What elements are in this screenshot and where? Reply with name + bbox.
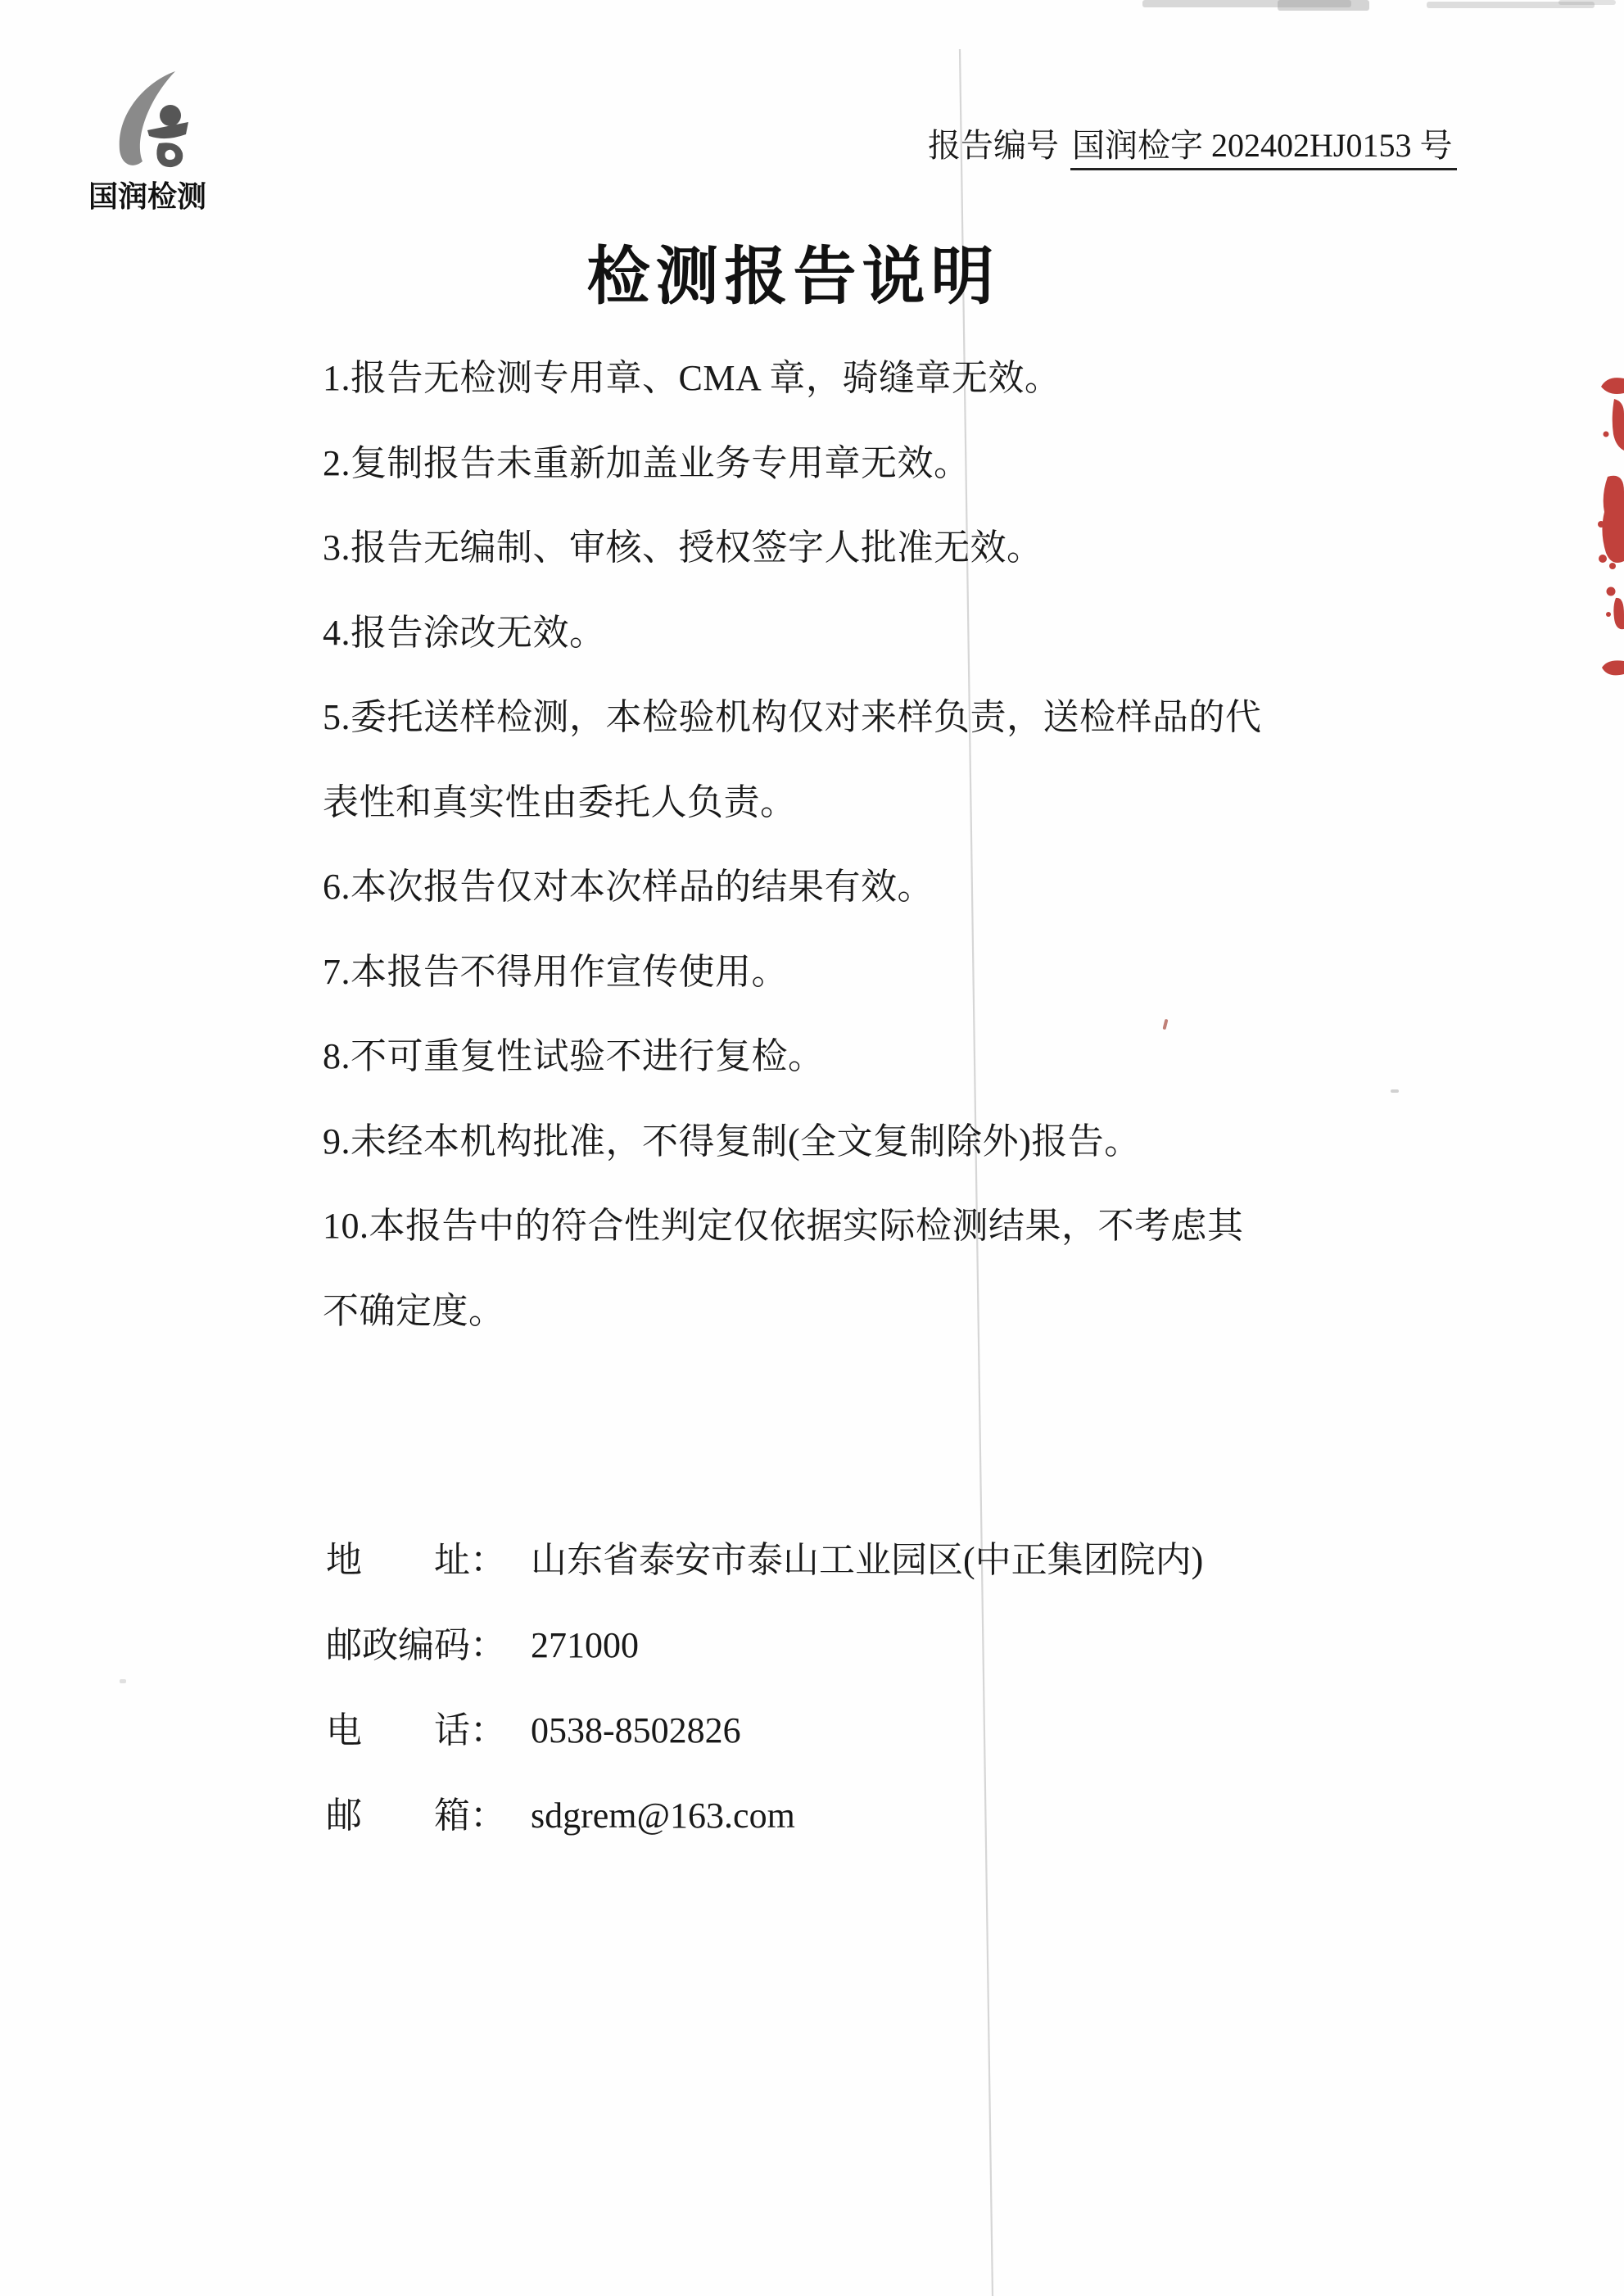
guorun-logo-icon <box>105 70 197 173</box>
report-number-label: 报告编号 <box>928 127 1059 164</box>
note-line: 3.报告无编制、审核、授权签字人批准无效。 <box>323 505 1453 591</box>
note-line: 10.本报告中的符合性判定仅依据实际检测结果，不考虑其 <box>323 1184 1453 1269</box>
contact-label: 邮 箱： <box>326 1773 531 1859</box>
note-line: 1.报告无检测专用章、CMA 章，骑缝章无效。 <box>323 336 1453 421</box>
contact-label: 电 话： <box>326 1688 531 1773</box>
contact-block: 地 址：山东省泰安市泰山工业园区(中正集团院内) 邮政编码：271000 电 话… <box>326 1518 1391 1859</box>
contact-value: 0538-8502826 <box>531 1710 741 1750</box>
note-line: 2.复制报告未重新加盖业务专用章无效。 <box>323 421 1453 506</box>
contact-row-postcode: 邮政编码：271000 <box>326 1603 1391 1688</box>
page-title: 检测报告说明 <box>0 226 1586 317</box>
report-number-value: 国润检字 202402HJ0153 号 <box>1070 127 1457 170</box>
contact-value: 271000 <box>531 1625 639 1665</box>
note-line: 7.本报告不得用作宣传使用。 <box>323 930 1453 1015</box>
note-line: 不确定度。 <box>323 1269 1453 1354</box>
note-line: 4.报告涂改无效。 <box>323 591 1453 676</box>
contact-label: 邮政编码： <box>326 1603 531 1688</box>
note-line: 8.不可重复性试验不进行复检。 <box>323 1014 1453 1099</box>
note-line: 表性和真实性由委托人负责。 <box>323 760 1453 845</box>
notes-list: 1.报告无检测专用章、CMA 章，骑缝章无效。 2.复制报告未重新加盖业务专用章… <box>323 336 1453 1353</box>
note-line: 5.委托送样检测，本检验机构仅对来样负责，送检样品的代 <box>323 675 1453 760</box>
red-seal-fragment-icon <box>1591 369 1624 688</box>
scan-smudge <box>1278 0 1369 11</box>
note-line: 9.未经本机构批准，不得复制(全文复制除外)报告。 <box>323 1099 1453 1184</box>
contact-row-email: 邮 箱：sdgrem@163.com <box>326 1773 1391 1859</box>
contact-value: sdgrem@163.com <box>531 1796 795 1836</box>
logo-text: 国润检测 <box>88 174 293 215</box>
note-line: 6.本次报告仅对本次样品的结果有效。 <box>323 845 1453 930</box>
contact-value: 山东省泰安市泰山工业园区(中正集团院内) <box>531 1540 1203 1580</box>
contact-row-phone: 电 话：0538-8502826 <box>326 1688 1391 1773</box>
contact-label: 地 址： <box>326 1518 531 1603</box>
report-number: 报告编号国润检字 202402HJ0153 号 <box>928 120 1457 166</box>
ink-speck <box>120 1679 126 1683</box>
scanned-report-page: 国润检测 报告编号国润检字 202402HJ0153 号 检测报告说明 1.报告… <box>0 0 1624 2296</box>
scan-smudge <box>1558 0 1616 5</box>
contact-row-address: 地 址：山东省泰安市泰山工业园区(中正集团院内) <box>326 1518 1391 1603</box>
logo: 国润检测 <box>88 70 293 215</box>
